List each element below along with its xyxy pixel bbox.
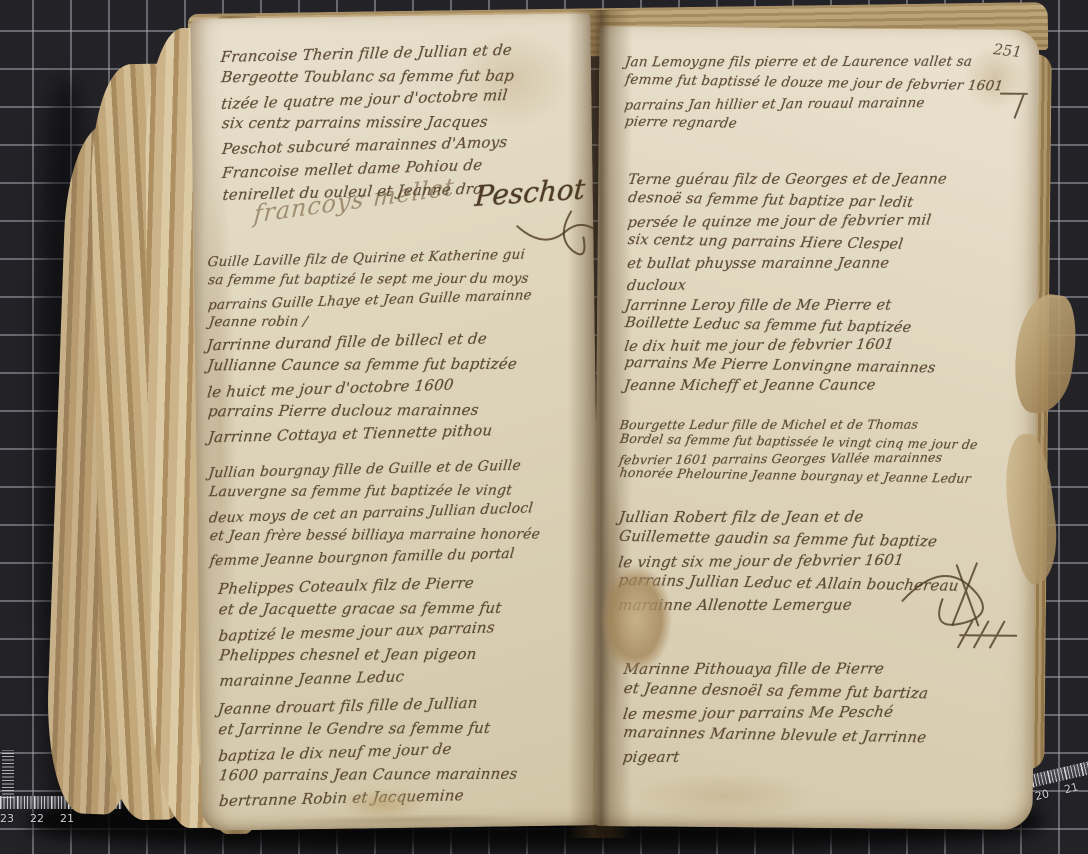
baptism-entry: Francoise Therin fille de Jullian et deB… xyxy=(221,40,516,205)
manuscript-line: pierre regnarde xyxy=(623,112,1004,140)
gutter-damage xyxy=(600,564,672,674)
baptism-entry: Guille Laville filz de Quirine et Kather… xyxy=(208,246,532,335)
baptism-entry: Phelippes Coteaulx filz de Pierreet de J… xyxy=(218,573,503,692)
manuscript-line: marainne Jeanne Leduc xyxy=(218,663,504,693)
ruler-number: 23 xyxy=(0,812,14,825)
manuscript-line: Marinne Pithouaya fille de Pierre xyxy=(622,657,930,680)
left-page: francoys mellet Peschot Francoise Therin… xyxy=(190,13,601,831)
ruler-number: 21 xyxy=(1063,780,1080,796)
baptism-entry: Marinne Pithouaya fille de Pierreet Jean… xyxy=(623,656,929,769)
manuscript-line: Terne guérau filz de Georges et de Jeann… xyxy=(627,169,948,191)
page-chip xyxy=(328,784,438,824)
photograph-of-manuscript: { "colors": { "backdrop": "#232327", "gr… xyxy=(0,0,1088,854)
baptism-entry: Jullian bourgnay fille de Guille et de G… xyxy=(209,456,541,571)
manuscript-line: honorée Phelourine Jeanne bourgnay et Je… xyxy=(619,464,979,487)
manuscript-line: six centz ung parrains Hiere Clespel xyxy=(626,230,947,257)
open-register-book: francoys mellet Peschot Francoise Therin… xyxy=(48,4,1053,846)
manuscript-line: ducloux xyxy=(625,273,947,297)
manuscript-line: Jarrinne Cottaya et Tiennette pithou xyxy=(207,419,520,450)
manuscript-line: pigeart xyxy=(622,745,930,768)
baptism-entry: Jan Lemoygne fils pierre et de Laurence … xyxy=(625,50,1004,137)
ruler-number: 22 xyxy=(30,812,44,825)
manuscript-line: Jullian Robert filz de Jean et de xyxy=(618,505,961,528)
ink-flourish xyxy=(950,617,1022,652)
ruler-vertical-ticks xyxy=(2,750,14,798)
right-page: 251 Jan Lemoygne fils pierre et de Laure… xyxy=(593,26,1040,830)
baptism-entry: Bourgette Ledur fille de Michel et de Th… xyxy=(620,414,979,485)
baptism-entry: Jarrinne durand fille de billecl et deJu… xyxy=(207,328,519,447)
manuscript-line: et bullat phuysse marainne Jeanne xyxy=(626,253,947,275)
manuscript-line: Jeanne Micheff et Jeanne Caunce xyxy=(623,375,937,396)
baptism-entry: Terne guérau filz de Georges et de Jeann… xyxy=(627,168,946,297)
baptism-entry: Jarrinne Leroy fille de Me Pierre etBoil… xyxy=(624,294,936,397)
manuscript-line: marainnes Marinne blevule et Jarrinne xyxy=(622,721,929,748)
